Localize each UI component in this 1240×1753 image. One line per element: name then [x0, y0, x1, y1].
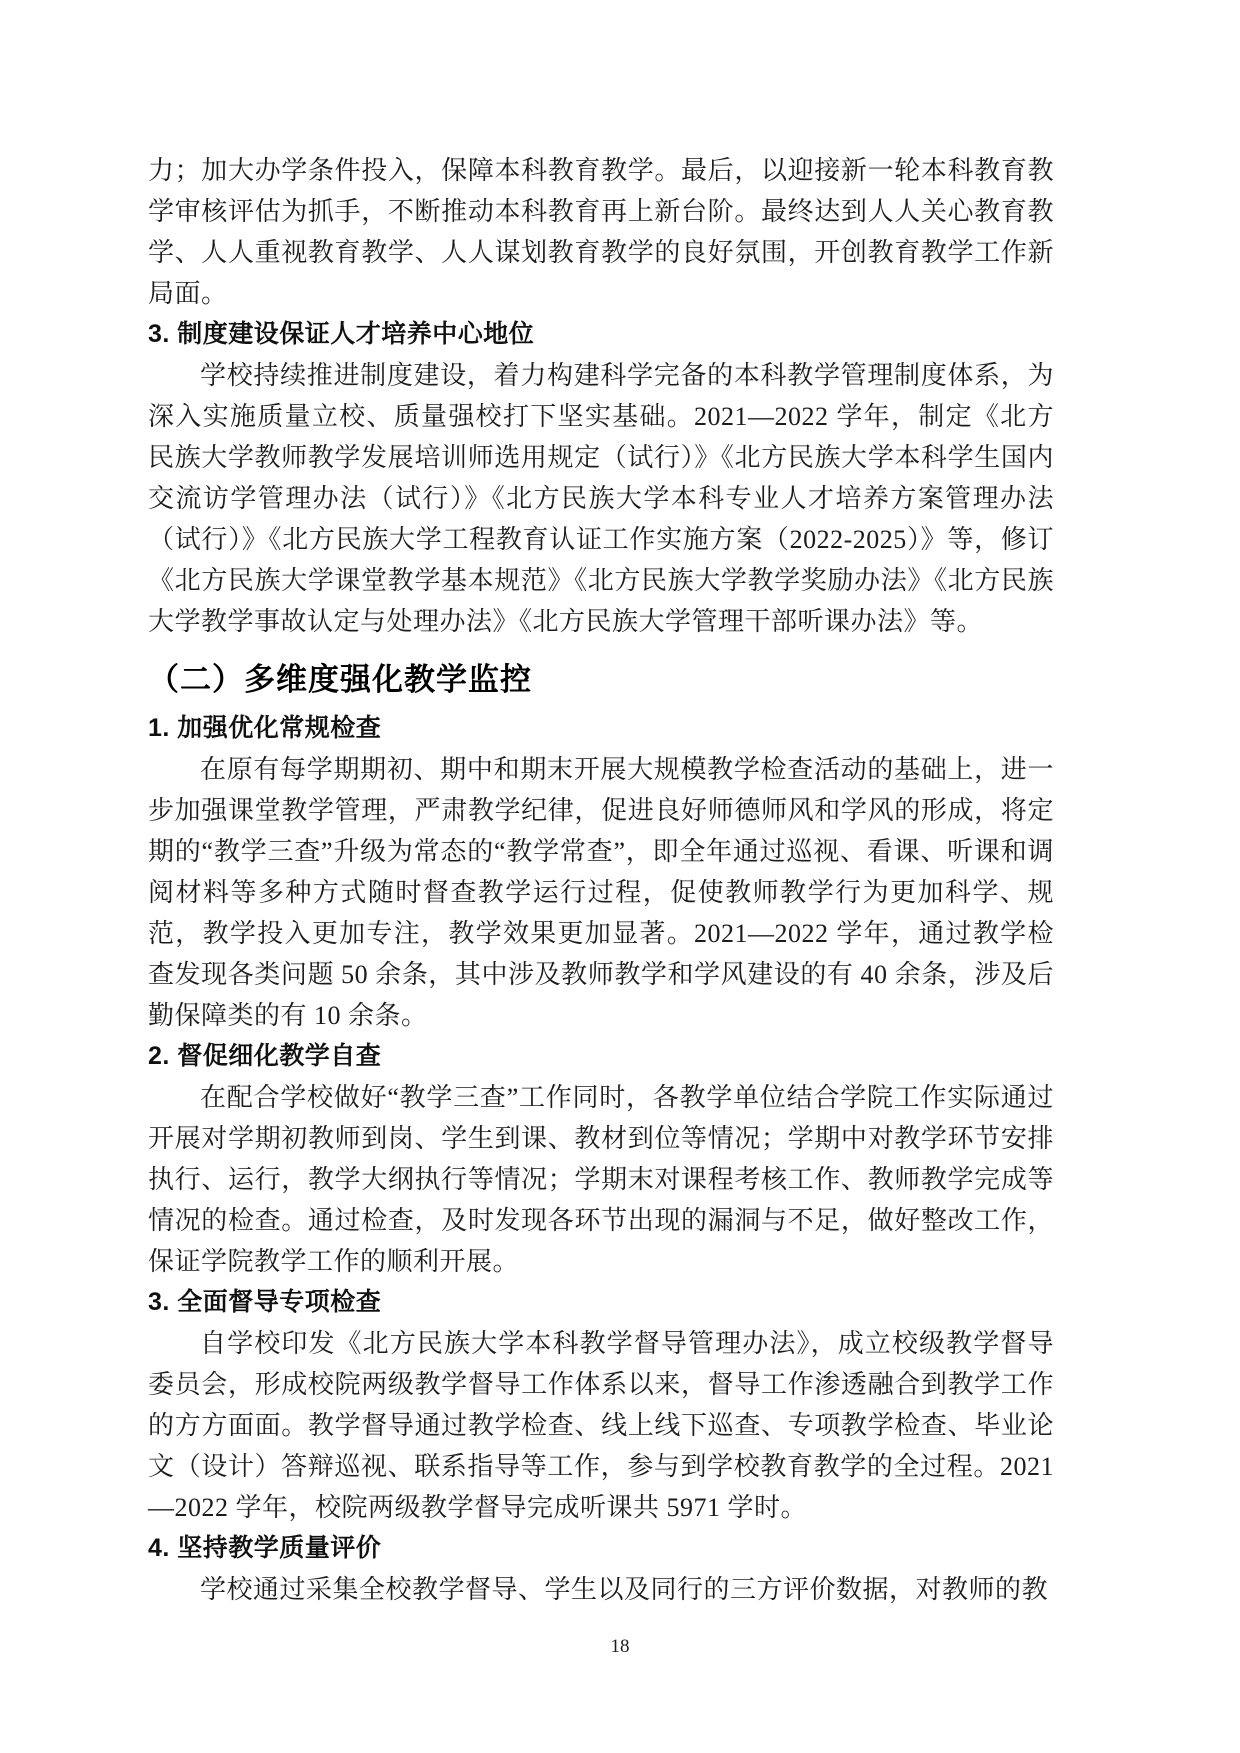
paragraph-continuation: 力；加大办学条件投入，保障本科教育教学。最后，以迎接新一轮本科教育教学审核评估为…	[148, 150, 1054, 314]
paragraph-quality-evaluation: 学校通过采集全校教学督导、学生以及同行的三方评价数据，对教师的教	[148, 1569, 1054, 1610]
paragraph-routine-inspection: 在原有每学期期初、期中和期末开展大规模教学检查活动的基础上，进一步加强课堂教学管…	[148, 749, 1054, 1036]
heading-quality-evaluation: 4. 坚持教学质量评价	[148, 1528, 1054, 1569]
heading-institution-building: 3. 制度建设保证人才培养中心地位	[148, 314, 1054, 355]
paragraph-teaching-selfcheck: 在配合学校做好“教学三查”工作同时，各教学单位结合学院工作实际通过开展对学期初教…	[148, 1077, 1054, 1282]
page-number: 18	[0, 1636, 1240, 1658]
paragraph-supervision-inspection: 自学校印发《北方民族大学本科教学督导管理办法》，成立校级教学督导委员会，形成校院…	[148, 1323, 1054, 1528]
document-body: 力；加大办学条件投入，保障本科教育教学。最后，以迎接新一轮本科教育教学审核评估为…	[148, 150, 1054, 1610]
paragraph-institution-building: 学校持续推进制度建设，着力构建科学完备的本科教学管理制度体系，为深入实施质量立校…	[148, 355, 1054, 642]
heading-supervision-inspection: 3. 全面督导专项检查	[148, 1282, 1054, 1323]
document-page: 力；加大办学条件投入，保障本科教育教学。最后，以迎接新一轮本科教育教学审核评估为…	[0, 0, 1240, 1753]
heading-routine-inspection: 1. 加强优化常规检查	[148, 708, 1054, 749]
heading-teaching-selfcheck: 2. 督促细化教学自查	[148, 1036, 1054, 1077]
section-heading-teaching-monitoring: （二）多维度强化教学监控	[148, 656, 1054, 704]
